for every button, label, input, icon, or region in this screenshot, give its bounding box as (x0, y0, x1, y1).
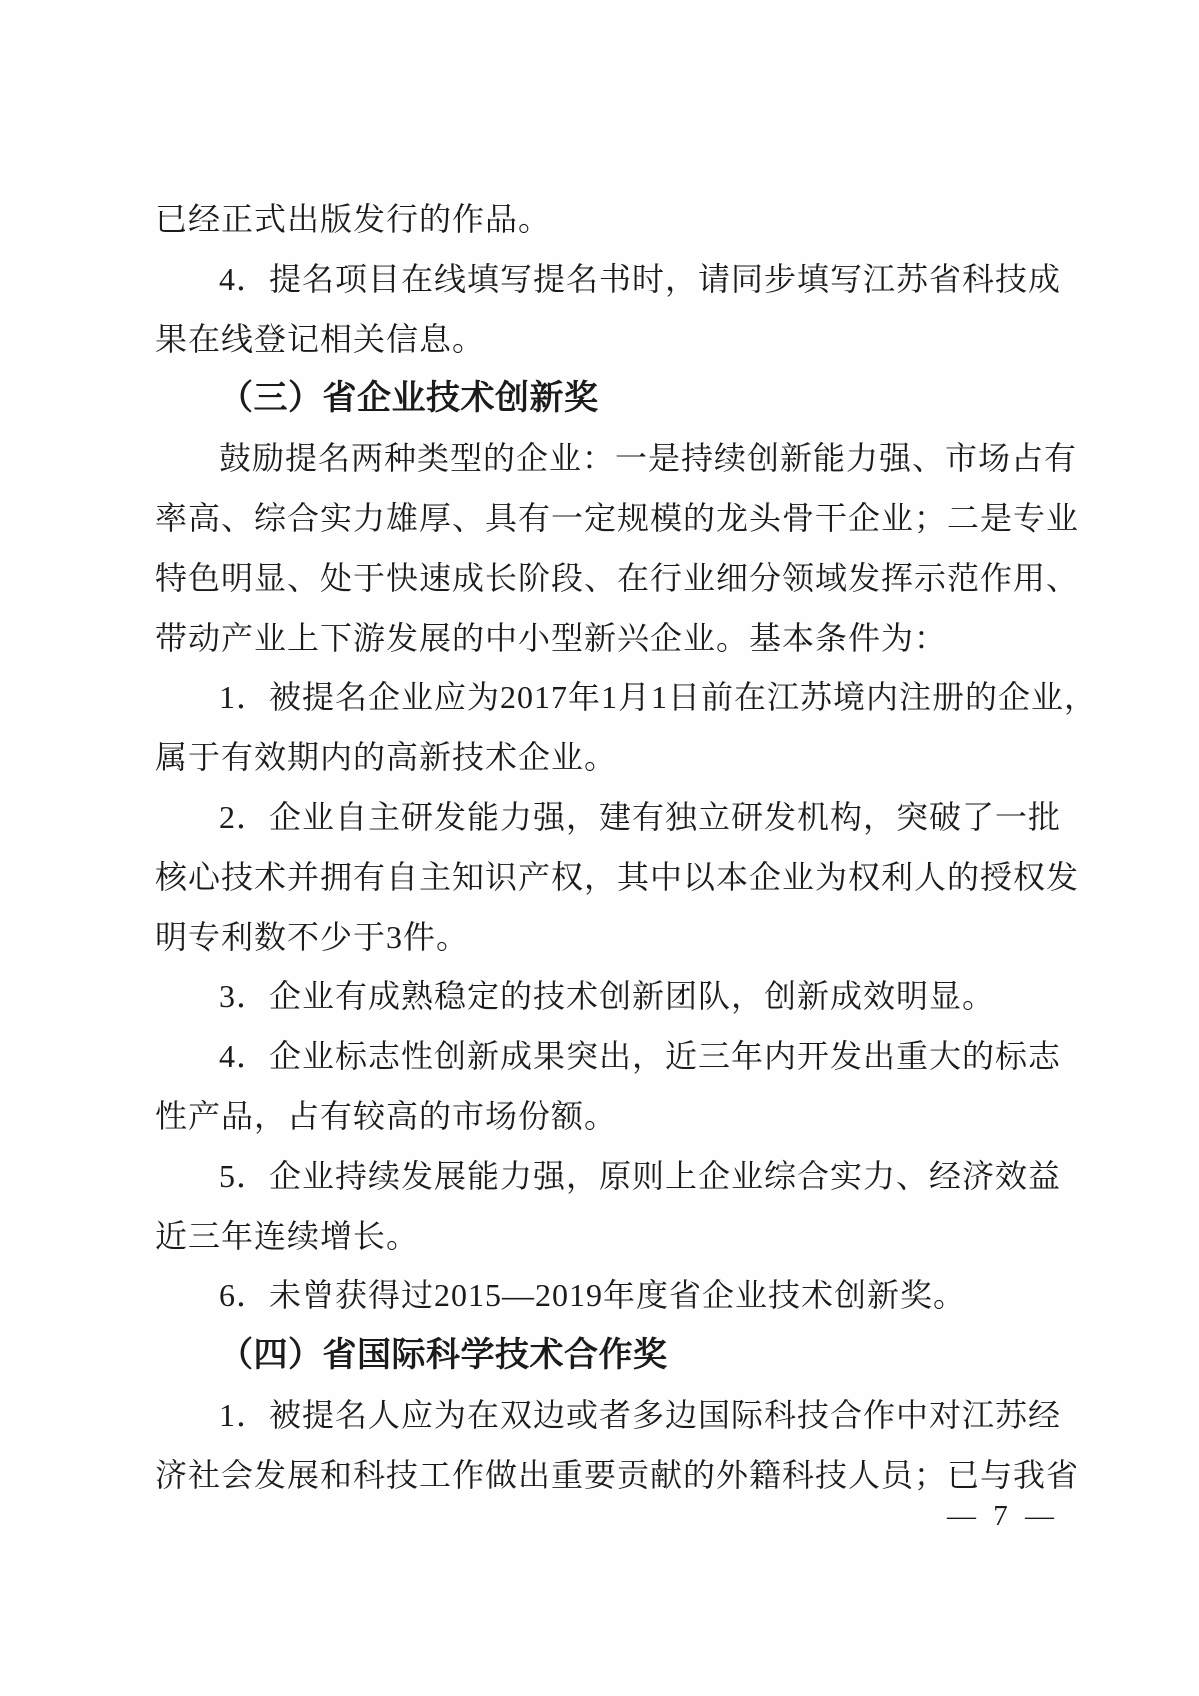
body-text-line: 6．未曾获得过2015—2019年度省企业技术创新奖。 (155, 1266, 1061, 1326)
document-page: 已经正式出版发行的作品。4．提名项目在线填写提名书时，请同步填写江苏省科技成果在… (0, 0, 1199, 1696)
body-text-line: 带动产业上下游发展的中小型新兴企业。基本条件为： (155, 609, 1061, 669)
section-heading: （四）省国际科学技术合作奖 (155, 1326, 1061, 1386)
section-heading: （三）省企业技术创新奖 (155, 369, 1061, 429)
body-text-line: 近三年连续增长。 (155, 1207, 1061, 1267)
body-text-line: 已经正式出版发行的作品。 (155, 190, 1061, 250)
body-text-line: 鼓励提名两种类型的企业：一是持续创新能力强、市场占有 (155, 429, 1061, 489)
body-text-line: 明专利数不少于3件。 (155, 908, 1061, 968)
body-text-line: 1．被提名人应为在双边或者多边国际科技合作中对江苏经 (155, 1386, 1061, 1446)
body-text-line: 2．企业自主研发能力强，建有独立研发机构，突破了一批 (155, 788, 1061, 848)
page-number: — 7 — (938, 1496, 1068, 1536)
body-text-line: 1．被提名企业应为2017年1月1日前在江苏境内注册的企业， (155, 668, 1061, 728)
body-text-line: 核心技术并拥有自主知识产权，其中以本企业为权利人的授权发 (155, 848, 1061, 908)
body-text-line: 4．提名项目在线填写提名书时，请同步填写江苏省科技成 (155, 250, 1061, 310)
body-text-line: 率高、综合实力雄厚、具有一定规模的龙头骨干企业；二是专业 (155, 489, 1061, 549)
body-text-line: 果在线登记相关信息。 (155, 310, 1061, 370)
body-text-line: 属于有效期内的高新技术企业。 (155, 728, 1061, 788)
body-text-line: 性产品，占有较高的市场份额。 (155, 1087, 1061, 1147)
text-block: 已经正式出版发行的作品。4．提名项目在线填写提名书时，请同步填写江苏省科技成果在… (155, 190, 1061, 1506)
body-text-line: 4．企业标志性创新成果突出，近三年内开发出重大的标志 (155, 1027, 1061, 1087)
body-text-line: 济社会发展和科技工作做出重要贡献的外籍科技人员；已与我省 (155, 1446, 1061, 1506)
body-text-line: 特色明显、处于快速成长阶段、在行业细分领域发挥示范作用、 (155, 549, 1061, 609)
body-text-line: 5．企业持续发展能力强，原则上企业综合实力、经济效益 (155, 1147, 1061, 1207)
body-text-line: 3．企业有成熟稳定的技术创新团队，创新成效明显。 (155, 967, 1061, 1027)
